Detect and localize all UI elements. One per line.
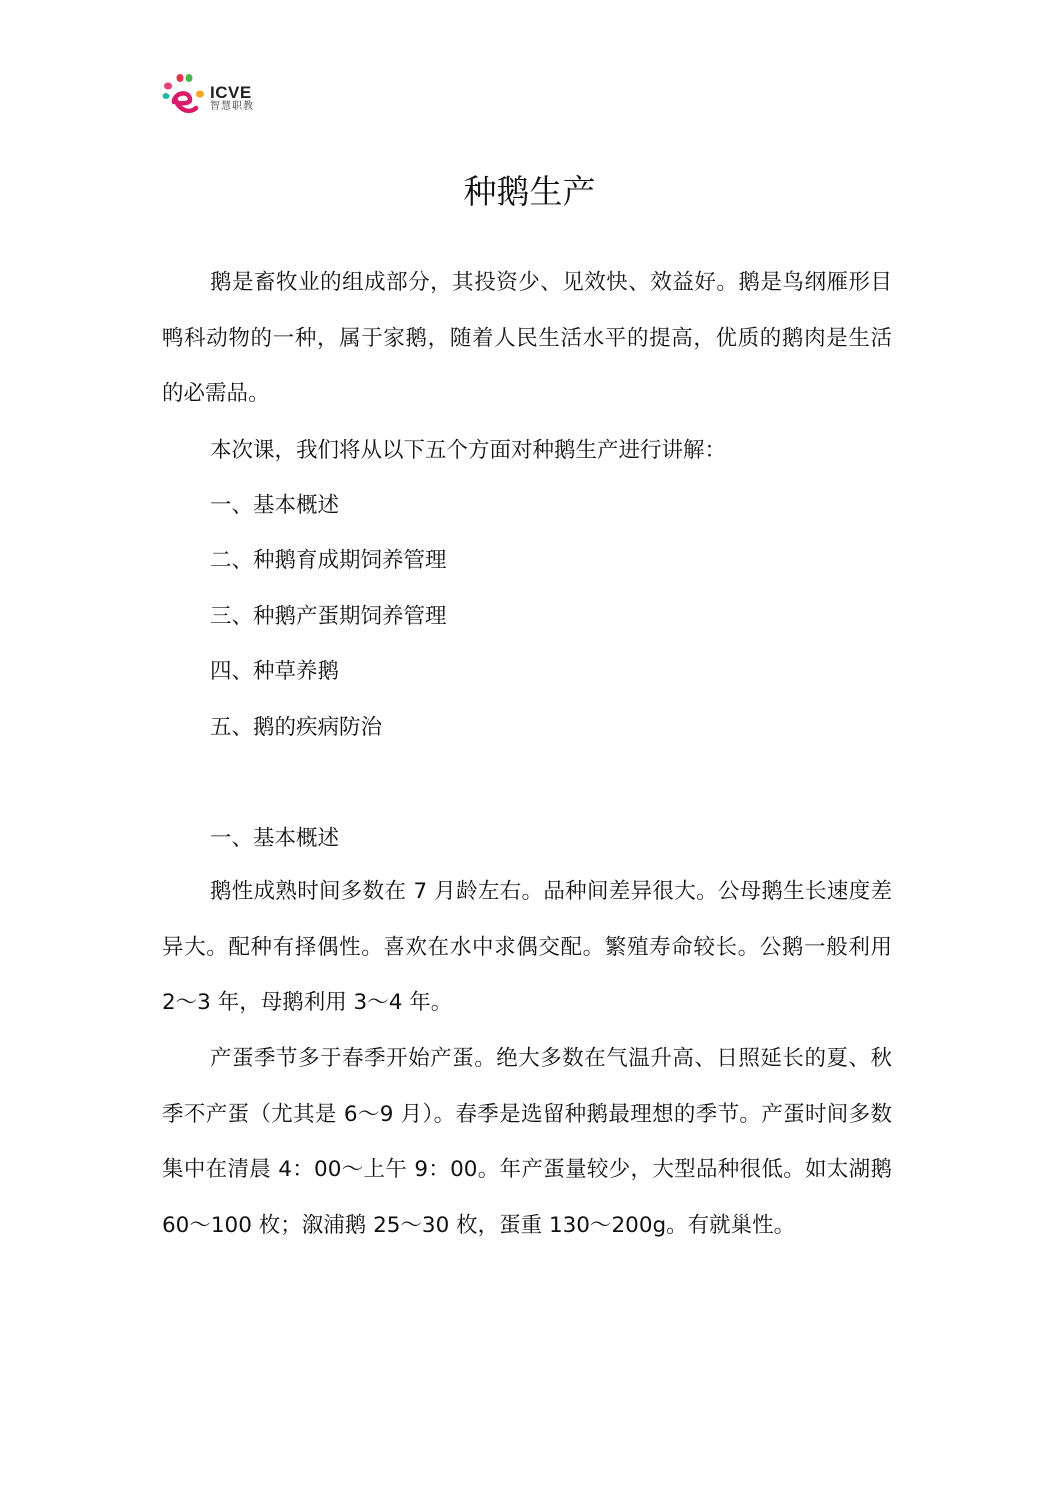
section-paragraph-2: 产蛋季节多于春季开始产蛋。绝大多数在气温升高、日照延长的夏、秋季不产蛋（尤其是 … xyxy=(162,1031,892,1253)
icve-logo-icon xyxy=(158,72,208,120)
outline-item-4: 四、种草养鹅 xyxy=(210,657,339,687)
section-paragraph-1: 鹅性成熟时间多数在 7 月龄左右。品种间差异很大。公母鹅生长速度差异大。配种有择… xyxy=(162,864,892,1031)
section-heading: 一、基本概述 xyxy=(210,824,339,854)
outline-item-5: 五、鹅的疾病防治 xyxy=(210,713,382,743)
logo-subtitle: 智慧职教 xyxy=(210,101,254,112)
outline-item-1: 一、基本概述 xyxy=(210,491,339,521)
logo-brand: ICVE xyxy=(210,84,254,101)
outline-intro: 本次课，我们将从以下五个方面对种鹅生产进行讲解： xyxy=(210,436,726,466)
outline-item-3: 三、种鹅产蛋期饲养管理 xyxy=(210,602,447,632)
icve-logo: ICVE 智慧职教 xyxy=(158,72,268,120)
page-title: 种鹅生产 xyxy=(0,170,1059,214)
intro-paragraph: 鹅是畜牧业的组成部分，其投资少、见效快、效益好。鹅是鸟纲雁形目鸭科动物的一种，属… xyxy=(162,255,892,422)
outline-item-2: 二、种鹅育成期饲养管理 xyxy=(210,546,447,576)
